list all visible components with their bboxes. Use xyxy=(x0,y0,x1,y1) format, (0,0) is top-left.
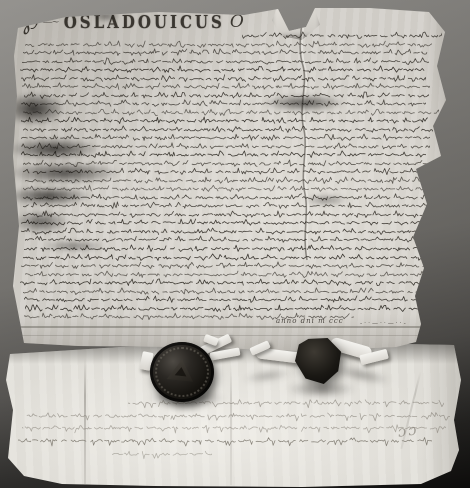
endorsement-line xyxy=(112,455,212,465)
charter-sheet: ℘ —~ OSLADOUICUS O anno dni m ccc -··—··… xyxy=(8,4,456,352)
headline-flourish: O xyxy=(230,12,244,32)
scribble: cc xyxy=(395,423,418,444)
manuscript-line xyxy=(25,304,434,312)
endorsement-line xyxy=(18,442,432,452)
manuscript-line xyxy=(21,99,426,107)
manuscript-line xyxy=(23,210,437,218)
ink-stain xyxy=(12,210,70,234)
manuscript-line xyxy=(23,125,433,133)
manuscript-line xyxy=(20,65,425,73)
ink-stain xyxy=(8,162,120,184)
manuscript-line xyxy=(21,227,427,235)
wax-seal-small xyxy=(295,338,343,384)
manuscript-line xyxy=(23,287,431,295)
ink-stain xyxy=(262,94,346,112)
ink-stain xyxy=(42,240,106,252)
closing-marks: -··—··—··- xyxy=(360,320,408,327)
charter-photograph: cc ℘ —~ OSLADOUICUS O anno dni m ccc -··… xyxy=(0,0,470,488)
dateline-fragment: anno dni m ccc xyxy=(276,317,344,325)
manuscript-line xyxy=(23,48,430,56)
manuscript-line xyxy=(21,74,426,82)
ink-stain xyxy=(4,186,92,206)
endorsement-strip: cc xyxy=(2,340,468,488)
manuscript-line xyxy=(22,82,430,90)
manuscript-line xyxy=(242,31,442,39)
wax-seal-small-body xyxy=(295,338,343,384)
wax-seal-large xyxy=(150,342,214,402)
manuscript-line xyxy=(23,201,431,209)
manuscript-line xyxy=(23,253,426,261)
ink-stain xyxy=(8,138,100,160)
ink-stain xyxy=(304,194,348,206)
manuscript-line xyxy=(24,91,429,99)
tag-shadow xyxy=(241,367,292,386)
manuscript-line xyxy=(23,108,439,116)
manuscript-line xyxy=(20,278,423,286)
manuscript-line xyxy=(25,40,432,48)
manuscript-line xyxy=(25,270,427,278)
manuscript-line xyxy=(22,57,429,65)
manuscript-line xyxy=(24,295,430,303)
manuscript-line xyxy=(21,218,426,226)
manuscript-line xyxy=(21,261,431,269)
manuscript-line xyxy=(21,116,428,124)
